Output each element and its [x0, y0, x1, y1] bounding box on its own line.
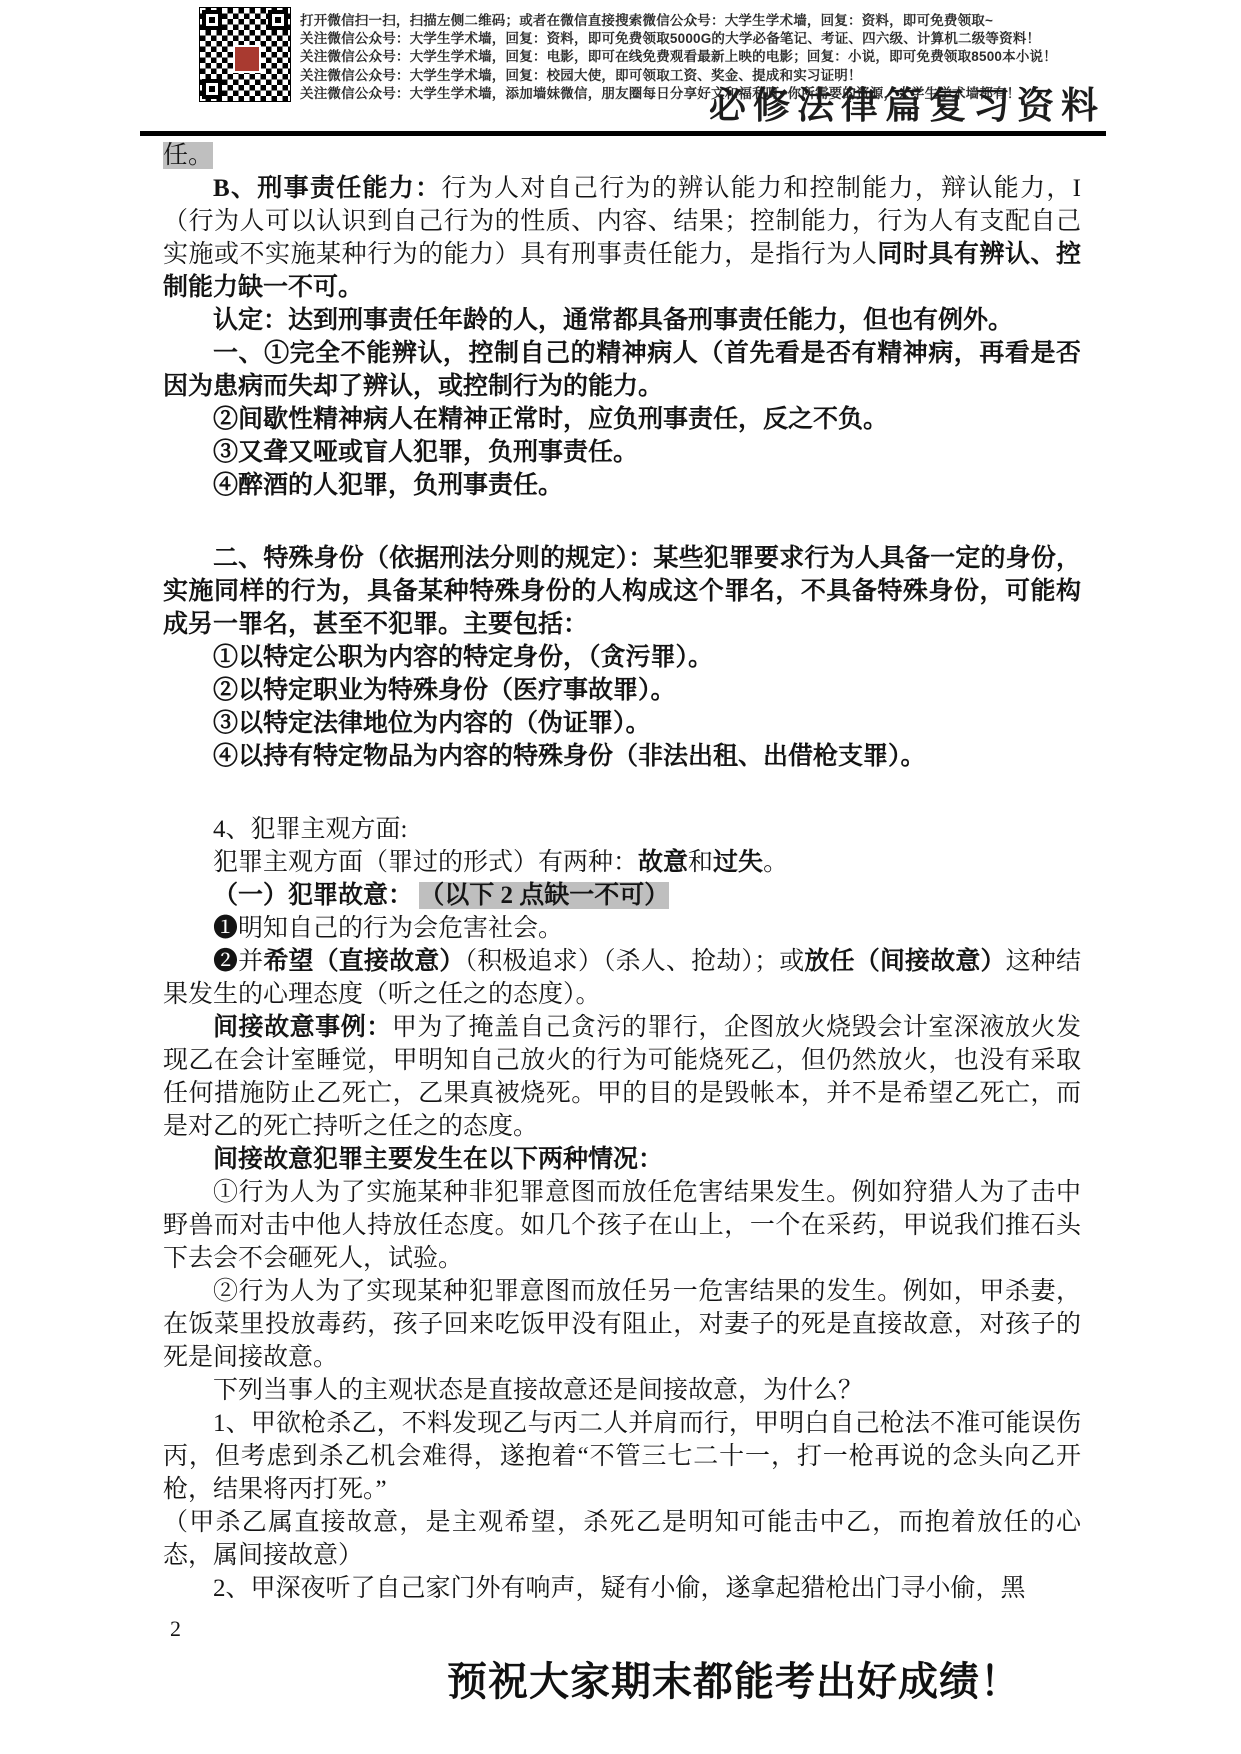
- text-run: ③又聋又哑或盲人犯罪，负刑事责任。: [213, 439, 638, 466]
- paragraph: 一、①完全不能辨认，控制自己的精神病人（首先看是否有精神病，再看是否因为患病而失…: [163, 337, 1081, 403]
- text-run: ④以持有特定物品为内容的特殊身份（非法出租、出借枪支罪）。: [213, 743, 926, 770]
- paragraph: ①以特定公职为内容的特定身份，（贪污罪）。: [163, 641, 1081, 674]
- text-run: 2、甲深夜听了自己家门外有响声，疑有小偷，遂拿起猎枪出门寻小偷，黑: [213, 1575, 1026, 1602]
- text-run: ❶明知自己的行为会危害社会。: [213, 915, 563, 942]
- qr-finder-icon: [202, 10, 222, 30]
- paragraph: 下列当事人的主观状态是直接故意还是间接故意，为什么？: [163, 1374, 1081, 1407]
- paragraph: ❷并希望（直接故意）（积极追求）（杀人、抢劫）；或放任（间接故意）这种结果发生的…: [163, 945, 1081, 1011]
- paragraph: ④以持有特定物品为内容的特殊身份（非法出租、出借枪支罪）。: [163, 740, 1081, 773]
- text-run: 4、犯罪主观方面:: [213, 816, 407, 843]
- paragraph-spacer: [163, 773, 1081, 813]
- text-run: 认定：达到刑事责任年龄的人，通常都具备刑事责任能力，但也有例外。: [213, 307, 1013, 334]
- text-run: ②行为人为了实现某种犯罪意图而放任另一危害结果的发生。例如，甲杀妻，在饭菜里投放…: [163, 1278, 1081, 1371]
- text-run: 二、特殊身份（依据刑法分则的规定）：某些犯罪要求行为人具备一定的身份，实施同样的…: [163, 545, 1081, 638]
- paragraph: B、刑事责任能力：行为人对自己行为的辨认能力和控制能力，辩认能力，I（行为人可以…: [163, 172, 1081, 304]
- text-run: 放任（间接故意）: [804, 948, 1005, 975]
- paragraph: 1、甲欲枪杀乙，不料发现乙与丙二人并肩而行，甲明白自己枪法不准可能误伤丙，但考虑…: [163, 1407, 1081, 1506]
- text-run: 犯罪主观方面（罪过的形式）有两种：: [213, 849, 638, 876]
- qr-center-logo-icon: [233, 45, 261, 73]
- paragraph-spacer: [163, 502, 1081, 542]
- paragraph: 4、犯罪主观方面:: [163, 813, 1081, 846]
- header-promo-line: 关注微信公众号：大学生学术墙，回复：电影，即可在线免费观看最新上映的电影；回复：…: [300, 48, 1130, 66]
- wechat-qr-icon: [200, 8, 290, 101]
- paragraph: ②以特定职业为特殊身份（医疗事故罪）。: [163, 674, 1081, 707]
- text-run: ④醉酒的人犯罪，负刑事责任。: [213, 472, 563, 499]
- document-page: 打开微信扫一扫，扫描左侧二维码；或者在微信直接搜索微信公众号：大学生学术墙，回复…: [0, 0, 1241, 1754]
- text-run: 一、①完全不能辨认，控制自己的精神病人（首先看是否有精神病，再看是否因为患病而失…: [163, 340, 1081, 400]
- paragraph: ③以特定法律地位为内容的（伪证罪）。: [163, 707, 1081, 740]
- text-run: 1、甲欲枪杀乙，不料发现乙与丙二人并肩而行，甲明白自己枪法不准可能误伤丙，但考虑…: [163, 1410, 1081, 1503]
- paragraph: 二、特殊身份（依据刑法分则的规定）：某些犯罪要求行为人具备一定的身份，实施同样的…: [163, 542, 1081, 641]
- document-body: 任。B、刑事责任能力：行为人对自己行为的辨认能力和控制能力，辩认能力，I（行为人…: [163, 139, 1081, 1605]
- text-run: ①行为人为了实施某种非犯罪意图而放任危害结果发生。例如狩猎人为了击中野兽而对击中…: [163, 1179, 1081, 1272]
- text-run: 任。: [163, 142, 213, 169]
- text-run: （以下 2 点缺一不可）: [419, 882, 669, 909]
- paragraph: ②行为人为了实现某种犯罪意图而放任另一危害结果的发生。例如，甲杀妻，在饭菜里投放…: [163, 1275, 1081, 1374]
- paragraph: （甲杀乙属直接故意，是主观希望，杀死乙是明知可能击中乙，而抱着放任的心态，属间接…: [163, 1506, 1081, 1572]
- paragraph: 任。: [163, 139, 1081, 172]
- text-run: （甲杀乙属直接故意，是主观希望，杀死乙是明知可能击中乙，而抱着放任的心态，属间接…: [163, 1509, 1081, 1569]
- paragraph: 2、甲深夜听了自己家门外有响声，疑有小偷，遂拿起猎枪出门寻小偷，黑: [163, 1572, 1081, 1605]
- text-run: 。: [763, 849, 788, 876]
- header-promo-line: 关注微信公众号：大学生学术墙，回复：资料，即可免费领取5000G的大学必备笔记、…: [300, 30, 1130, 48]
- text-run: ①以特定公职为内容的特定身份，（贪污罪）。: [213, 644, 713, 671]
- text-run: B、刑事责任能力：: [213, 175, 441, 202]
- page-title: 必修法律篇复习资料: [709, 86, 1105, 126]
- paragraph: ①行为人为了实施某种非犯罪意图而放任危害结果发生。例如狩猎人为了击中野兽而对击中…: [163, 1176, 1081, 1275]
- qr-finder-icon: [202, 79, 222, 99]
- text-run: ②以特定职业为特殊身份（医疗事故罪）。: [213, 677, 676, 704]
- paragraph: ④醉酒的人犯罪，负刑事责任。: [163, 469, 1081, 502]
- text-run: （一）犯罪故意：: [213, 882, 413, 909]
- text-run: 间接故意犯罪主要发生在以下两种情况：: [213, 1146, 663, 1173]
- text-run: 下列当事人的主观状态是直接故意还是间接故意，为什么？: [213, 1377, 863, 1404]
- paragraph: 间接故意犯罪主要发生在以下两种情况：: [163, 1143, 1081, 1176]
- text-run: ③以特定法律地位为内容的（伪证罪）。: [213, 710, 651, 737]
- text-run: ②间歇性精神病人在精神正常时，应负刑事责任，反之不负。: [213, 406, 888, 433]
- paragraph: 间接故意事例：甲为了掩盖自己贪污的罪行，企图放火烧毁会计室深液放火发现乙在会计室…: [163, 1011, 1081, 1143]
- paragraph: ③又聋又哑或盲人犯罪，负刑事责任。: [163, 436, 1081, 469]
- header-promo-line: 关注微信公众号：大学生学术墙，回复：校园大使，即可领取工资、奖金、提成和实习证明…: [300, 67, 1130, 85]
- text-run: 间接故意事例：: [213, 1014, 392, 1041]
- header-promo-line: 打开微信扫一扫，扫描左侧二维码；或者在微信直接搜索微信公众号：大学生学术墙，回复…: [300, 12, 1130, 30]
- text-run: 故意: [638, 849, 688, 876]
- text-run: 希望（直接故意）: [263, 948, 464, 975]
- qr-finder-icon: [268, 10, 288, 30]
- text-run: ❷并: [213, 948, 263, 975]
- header-divider: [140, 131, 1106, 136]
- text-run: 和: [688, 849, 713, 876]
- page-number: 2: [170, 1616, 181, 1642]
- footer-message: 预祝大家期末都能考出好成绩！: [447, 1650, 1021, 1707]
- paragraph: ❶明知自己的行为会危害社会。: [163, 912, 1081, 945]
- text-run: （积极追求）（杀人、抢劫）；或: [465, 948, 805, 975]
- text-run: 过失: [713, 849, 763, 876]
- paragraph: ②间歇性精神病人在精神正常时，应负刑事责任，反之不负。: [163, 403, 1081, 436]
- paragraph: 认定：达到刑事责任年龄的人，通常都具备刑事责任能力，但也有例外。: [163, 304, 1081, 337]
- paragraph: 犯罪主观方面（罪过的形式）有两种：故意和过失。: [163, 846, 1081, 879]
- paragraph: （一）犯罪故意： （以下 2 点缺一不可）: [163, 879, 1081, 912]
